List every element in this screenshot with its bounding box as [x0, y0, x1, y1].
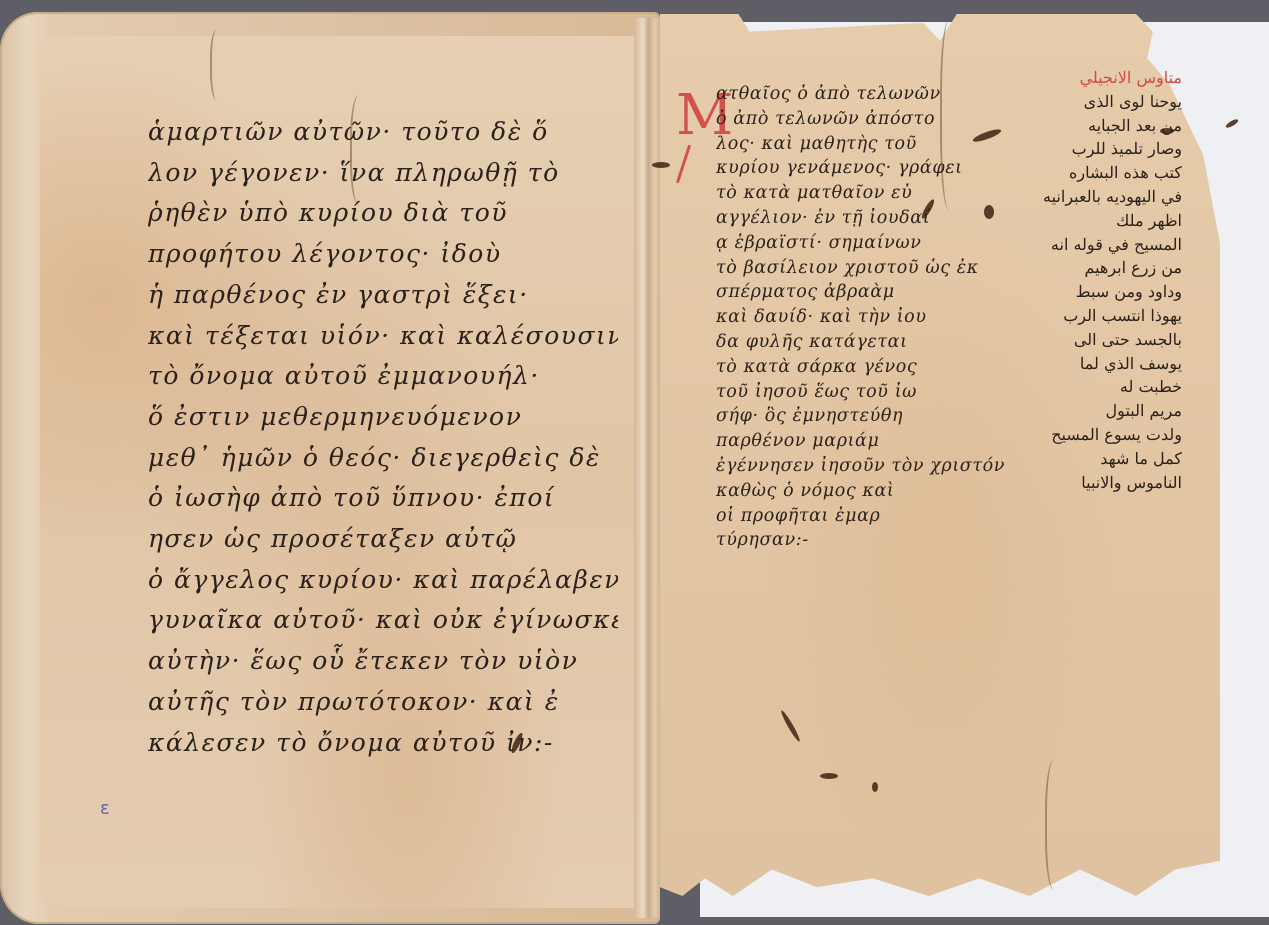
text-line: τοῦ ἰησοῦ ἕως τοῦ ἰω: [716, 380, 1006, 405]
text-line: αὐτῆς τὸν πρωτότοκον· καὶ ἐ: [148, 682, 618, 723]
worm-hole: [652, 162, 670, 168]
arabic-line: يهوذا انتسب الرب: [1006, 304, 1182, 328]
text-line: παρθένον μαριάμ: [716, 429, 1006, 454]
arabic-line: كتب هذه البشاره: [1006, 161, 1182, 185]
arabic-line: وداود ومن سبط: [1006, 280, 1182, 304]
text-line: σπέρματος ἀβραὰμ: [716, 280, 1006, 305]
text-line: ἁμαρτιῶν αὐτῶν· τοῦτο δὲ ὅ: [148, 112, 618, 153]
text-line: καὶ δαυίδ· καὶ τὴν ἰου: [716, 305, 1006, 330]
text-line: τὸ βασίλειον χριστοῦ ὡς ἐκ: [716, 256, 1006, 281]
binding-gutter: [634, 18, 660, 918]
text-line: τὸ κατὰ σάρκα γένος: [716, 355, 1006, 380]
text-line: ῥηθὲν ὑπὸ κυρίου διὰ τοῦ: [148, 193, 618, 234]
text-line: τύρησαν:-: [716, 528, 1006, 553]
text-line: σήφ· ὃς ἐμνηστεύθη: [716, 404, 1006, 429]
arabic-line: ولدت يسوع المسيح: [1006, 423, 1182, 447]
text-line: οἱ προφῆται ἐμαρ: [716, 504, 1006, 529]
worm-hole: [872, 782, 878, 792]
right-page-arabic-column: متاوس الانجيلي يوحنا لوى الذى من بعد الج…: [1006, 66, 1182, 494]
arabic-line: خطبت له: [1006, 375, 1182, 399]
text-line: τὸ κατὰ ματθαῖον εὐ: [716, 181, 1006, 206]
text-line: ἐγέννησεν ἰησοῦν τὸν χριστόν: [716, 454, 1006, 479]
rubricated-initial: Μ: [676, 86, 700, 186]
arabic-line: في اليهوديه بالعبرانيه: [1006, 185, 1182, 209]
arabic-line: بالجسد حتى الى: [1006, 328, 1182, 352]
text-line: ἡ παρθένος ἐν γαστρὶ ἕξει·: [148, 275, 618, 316]
arabic-line: يوسف الذي لما: [1006, 352, 1182, 376]
text-line: λος· καὶ μαθητὴς τοῦ: [716, 132, 1006, 157]
arabic-line: الناموس والانبيا: [1006, 471, 1182, 495]
arabic-line: اظهر ملك: [1006, 209, 1182, 233]
text-line: ὁ ἀπὸ τελωνῶν ἀπόστο: [716, 107, 1006, 132]
arabic-line: من بعد الجبايه: [1006, 114, 1182, 138]
text-line: ὁ ἄγγελος κυρίου· καὶ παρέλαβεν τὴν: [148, 560, 618, 601]
right-page-greek-text: ατθαῖος ὁ ἀπὸ τελωνῶν ὁ ἀπὸ τελωνῶν ἀπόσ…: [716, 82, 1006, 553]
text-line: προφήτου λέγοντος· ἰδοὺ: [148, 234, 618, 275]
text-line: δα φυλῆς κατάγεται: [716, 330, 1006, 355]
text-line: καθὼς ὁ νόμος καὶ: [716, 479, 1006, 504]
arabic-line: يوحنا لوى الذى: [1006, 90, 1182, 114]
text-line: αὐτὴν· ἕως οὗ ἔτεκεν τὸν υἱὸν: [148, 641, 618, 682]
text-line: γυναῖκα αὐτοῦ· καὶ οὐκ ἐγίνωσκεν: [148, 600, 618, 641]
arabic-line: كمل ما شهد: [1006, 447, 1182, 471]
arabic-line: من زرع ابرهيم: [1006, 256, 1182, 280]
folio-number: ε: [100, 798, 110, 819]
text-line: κυρίου γενάμενος· γράφει: [716, 156, 1006, 181]
text-line: μεθ᾽ ἡμῶν ὁ θεός· διεγερθεὶς δὲ: [148, 438, 618, 479]
text-line: ᾳ ἑβραϊστί· σημαίνων: [716, 231, 1006, 256]
text-line: καὶ τέξεται υἱόν· καὶ καλέσουσιν: [148, 316, 618, 357]
manuscript-photo: ἁμαρτιῶν αὐτῶν· τοῦτο δὲ ὅ λον γέγονεν· …: [0, 0, 1269, 925]
text-line: κάλεσεν τὸ ὄνομα αὐτοῦ ἰν:-: [148, 723, 618, 764]
arabic-line: المسيح في قوله انه: [1006, 233, 1182, 257]
text-line: τὸ ὄνομα αὐτοῦ ἐμμανουήλ·: [148, 356, 618, 397]
arabic-line: وصار تلميذ للرب: [1006, 137, 1182, 161]
text-line: ησεν ὡς προσέταξεν αὐτῷ: [148, 519, 618, 560]
text-line: ὁ ἰωσὴφ ἀπὸ τοῦ ὕπνου· ἐποί: [148, 478, 618, 519]
arabic-line: مريم البتول: [1006, 399, 1182, 423]
crack: [1045, 760, 1067, 890]
text-line: ὅ ἐστιν μεθερμηνευόμενον: [148, 397, 618, 438]
text-line: λον γέγονεν· ἵνα πληρωθῇ τὸ: [148, 153, 618, 194]
worm-hole: [820, 773, 838, 779]
text-line: αγγέλιον· ἐν τῇ ἰουδαί: [716, 206, 1006, 231]
arabic-rubric-heading: متاوس الانجيلي: [1006, 66, 1182, 90]
crack: [210, 30, 226, 100]
left-page-greek-text: ἁμαρτιῶν αὐτῶν· τοῦτο δὲ ὅ λον γέγονεν· …: [148, 112, 618, 763]
text-line: ατθαῖος ὁ ἀπὸ τελωνῶν: [716, 82, 1006, 107]
